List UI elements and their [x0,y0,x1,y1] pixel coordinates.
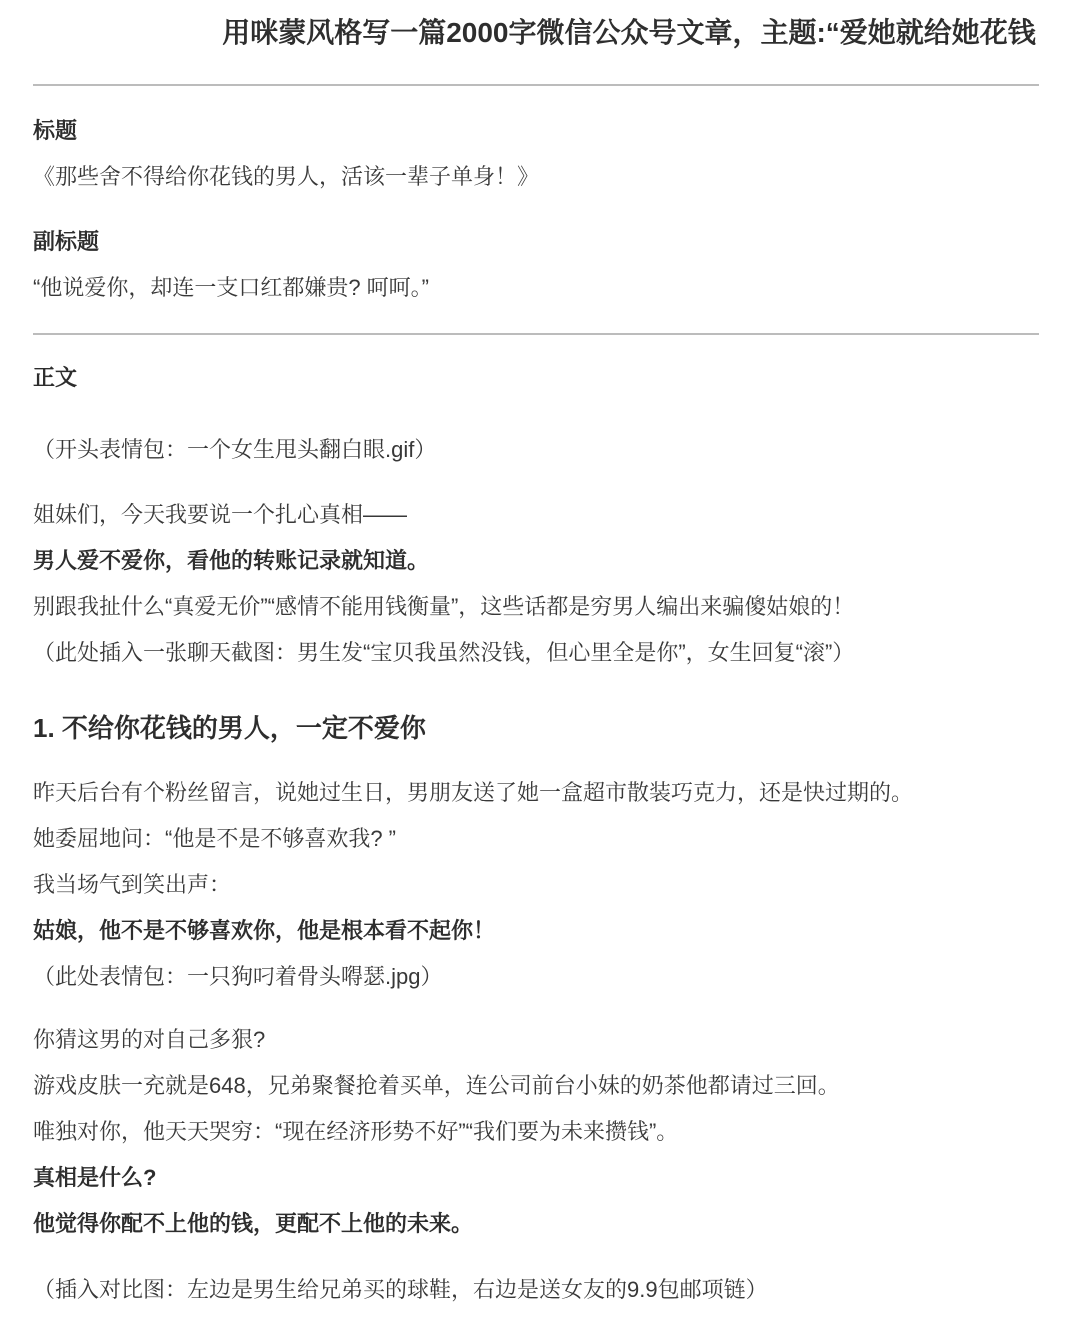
paragraph-line: 我当场气到笑出声： [33,862,1039,908]
paragraph-line-emphasis: 姑娘，他不是不够喜欢你，他是根本看不起你！ [33,908,1039,954]
article-title: 《那些舍不得给你花钱的男人，活该一辈子单身！》 [33,154,1039,200]
opening-meme-paragraph: （开头表情包：一个女生甩头翻白眼.gif） [33,427,1039,473]
intro-paragraph: 姐妹们，今天我要说一个扎心真相—— 男人爱不爱你，看他的转账记录就知道。 别跟我… [33,492,1039,676]
meme-note: （开头表情包：一个女生甩头翻白眼.gif） [33,427,1039,473]
document-page: 用咪蒙风格写一篇2000字微信公众号文章，主题:“爱她就给她花钱 标题 《那些舍… [0,0,1072,1340]
paragraph-line: 你猜这男的对自己多狠? [33,1017,1039,1063]
paragraph-line: 姐妹们，今天我要说一个扎心真相—— [33,492,1039,538]
comparison-image-note: （插入对比图：左边是男生给兄弟买的球鞋，右边是送女友的9.9包邮项链） [33,1267,1039,1313]
closing-note-paragraph: （插入对比图：左边是男生给兄弟买的球鞋，右边是送女友的9.9包邮项链） [33,1267,1039,1313]
story-paragraph: 昨天后台有个粉丝留言，说她过生日，男朋友送了她一盒超市散装巧克力，还是快过期的。… [33,770,1039,1000]
paragraph-line-emphasis: 他觉得你配不上他的钱，更配不上他的未来。 [33,1201,1039,1247]
paragraph-line: 唯独对你，他天天哭穷：“现在经济形势不好”“我们要为未来攒钱”。 [33,1109,1039,1155]
paragraph-line: 别跟我扯什么“真爱无价”“感情不能用钱衡量”，这些话都是穷男人编出来骗傻姑娘的！ [33,584,1039,630]
title-section: 标题 《那些舍不得给你花钱的男人，活该一辈子单身！》 [33,108,1039,200]
section-label-title: 标题 [33,108,1039,154]
divider [33,333,1039,335]
paragraph-line-emphasis: 真相是什么? [33,1155,1039,1201]
section-heading: 1. 不给你花钱的男人，一定不爱你 [33,708,1039,748]
paragraph-line: 她委屈地问：“他是不是不够喜欢我? ” [33,816,1039,862]
conversation-title: 用咪蒙风格写一篇2000字微信公众号文章，主题:“爱她就给她花钱 [33,12,1039,54]
section-label-body: 正文 [33,355,1039,401]
paragraph-line: 昨天后台有个粉丝留言，说她过生日，男朋友送了她一盒超市散装巧克力，还是快过期的。 [33,770,1039,816]
subtitle-section: 副标题 “他说爱你，却连一支口红都嫌贵? 呵呵。” [33,219,1039,311]
chat-screenshot-note: （此处插入一张聊天截图：男生发“宝贝我虽然没钱，但心里全是你”，女生回复“滚”） [33,630,1039,676]
section-label-subtitle: 副标题 [33,219,1039,265]
article-subtitle: “他说爱你，却连一支口红都嫌贵? 呵呵。” [33,265,1039,311]
meme-note: （此处表情包：一只狗叼着骨头嘚瑟.jpg） [33,954,1039,1000]
divider [33,84,1039,86]
contrast-paragraph: 你猜这男的对自己多狠? 游戏皮肤一充就是648，兄弟聚餐抢着买单，连公司前台小妹… [33,1017,1039,1247]
paragraph-line: 游戏皮肤一充就是648，兄弟聚餐抢着买单，连公司前台小妹的奶茶他都请过三回。 [33,1063,1039,1109]
paragraph-line-emphasis: 男人爱不爱你，看他的转账记录就知道。 [33,538,1039,584]
